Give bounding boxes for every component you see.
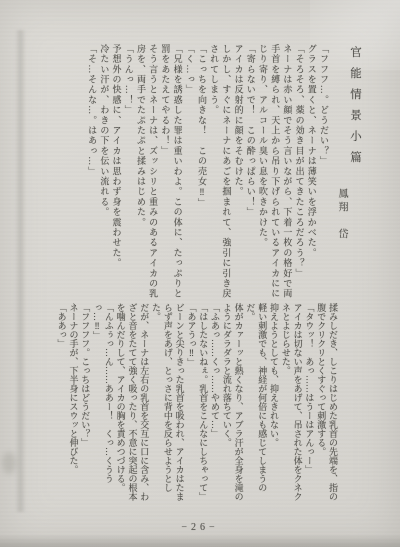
text-column-paragraph: ビーンと尖りきった乳首を吸われ、アイカはたまらず声をあげ、とっさに背中を反らせよ… — [149, 303, 184, 507]
gutter-shadow — [15, 30, 26, 512]
text-column-paragraph: だが、ネーナは左右の乳首を交互に口に含み、わざと音をたてて強く吸ったり、不意に突… — [114, 303, 149, 507]
title-block: 官能情景小篇 鳳翔 岱 — [335, 46, 362, 346]
page-scan: 官能情景小篇 鳳翔 岱 「フフフ…。どうだい？」 グラスを置くと、ネーナは薄笑い… — [0, 0, 400, 547]
text-column-paragraph: 「うんっ…！」 — [123, 44, 135, 302]
text-column-paragraph: 冷たい汗が、わきの下を伝い流れる。 — [98, 44, 110, 302]
text-column-paragraph: 「兄様を誘惑した罪は重いわよ。この体に、たっぷりと罰をあたえてやるわ！」 — [159, 44, 183, 302]
text-column-paragraph: 「ああっ」 — [55, 303, 67, 507]
text-column-paragraph: グラスを置くと、ネーナは薄笑いを浮かべた。 — [306, 44, 318, 302]
text-column-paragraph: 「フフフフ。こっちはどうだい？」 — [78, 303, 90, 507]
page-number: −26− — [0, 522, 400, 533]
text-column-paragraph: 体がカァーッと熱くなり、アブラ汗が全身を滝のようにダラダラと流れ落ちていく。 — [220, 303, 244, 507]
text-column-paragraph: アイカは反射的に顔をそむけた。 — [232, 44, 244, 302]
text-column-paragraph: 「はしたないねぇ。乳首をこんなにしちゃって」 — [196, 303, 208, 507]
text-column-paragraph: 「そ…そんな…。はあっ…」 — [86, 44, 98, 302]
text-column-paragraph: しかし、すぐにネーナにあごを掴まれて、強引に引き戻されてしまう。 — [208, 44, 232, 302]
author-name: 鳳翔 岱 — [335, 46, 348, 346]
top-text-block: 「フフフ…。どうだい？」 グラスを置くと、ネーナは薄笑いを浮かべた。 「そろそろ… — [42, 44, 330, 302]
text-column-paragraph: 抑えようとしても、抑えきれない。 — [267, 303, 279, 507]
text-column-paragraph: 「ふあっ……くっ……やめて…」 — [208, 303, 220, 507]
text-column-paragraph: ネーナの手が、下半身にスウッと伸びた。 — [67, 303, 79, 507]
bottom-text-block: 揉みしだき、しこりはじめた乳首の先端を、指の腹でクリクリとくすぐって刺激する。 … — [46, 303, 338, 507]
text-column-paragraph: 予想外の快感に、アイカは思わず身を震わせた。 — [110, 44, 122, 302]
scan-smudge — [2, 452, 16, 474]
text-column-paragraph: 「んふぅっ…ん……ああー！ くっ…くううっ…‼」 — [90, 303, 114, 507]
text-column-paragraph: 「そろそろ、薬の効き目が出てきたころだろう？」 — [293, 44, 305, 302]
text-column-paragraph: 軽い刺激でも、神経が何倍にも感じてしまうのだ。 — [244, 303, 268, 507]
bottom-edge-shadow — [0, 534, 400, 547]
text-column-paragraph: 「フフフ…。どうだい？」 — [318, 44, 330, 302]
text-column-paragraph: 「タウッ！ あっ……はうーはアんっー」 — [303, 303, 315, 507]
text-column-paragraph: 「こっちを向きな！ この売女‼」 — [196, 44, 208, 302]
text-column-paragraph: そう言うとネーナは、ズッシリと重みのあるアイカの乳房を、両手でたぷたぷと揉みはじ… — [135, 44, 159, 302]
text-column-paragraph: アイカは切ない声をあげて、吊された体をクネクネとよじらせた。 — [279, 303, 303, 507]
text-column-paragraph: 「寄らないで！ この酔っぱらい！」 — [245, 44, 257, 302]
text-column-paragraph: 「く…っ」 — [184, 44, 196, 302]
text-column-paragraph: ネーナは赤い顔でそう言いながら、下着一枚の格好で両手首を縛られ、天上から吊り下げ… — [257, 44, 294, 302]
text-column-paragraph: 揉みしだき、しこりはじめた乳首の先端を、指の腹でクリクリとくすぐって刺激する。 — [314, 303, 338, 507]
text-column-paragraph: 「あアうっ‼」 — [185, 303, 197, 507]
page-title: 官能情景小篇 — [348, 46, 362, 346]
